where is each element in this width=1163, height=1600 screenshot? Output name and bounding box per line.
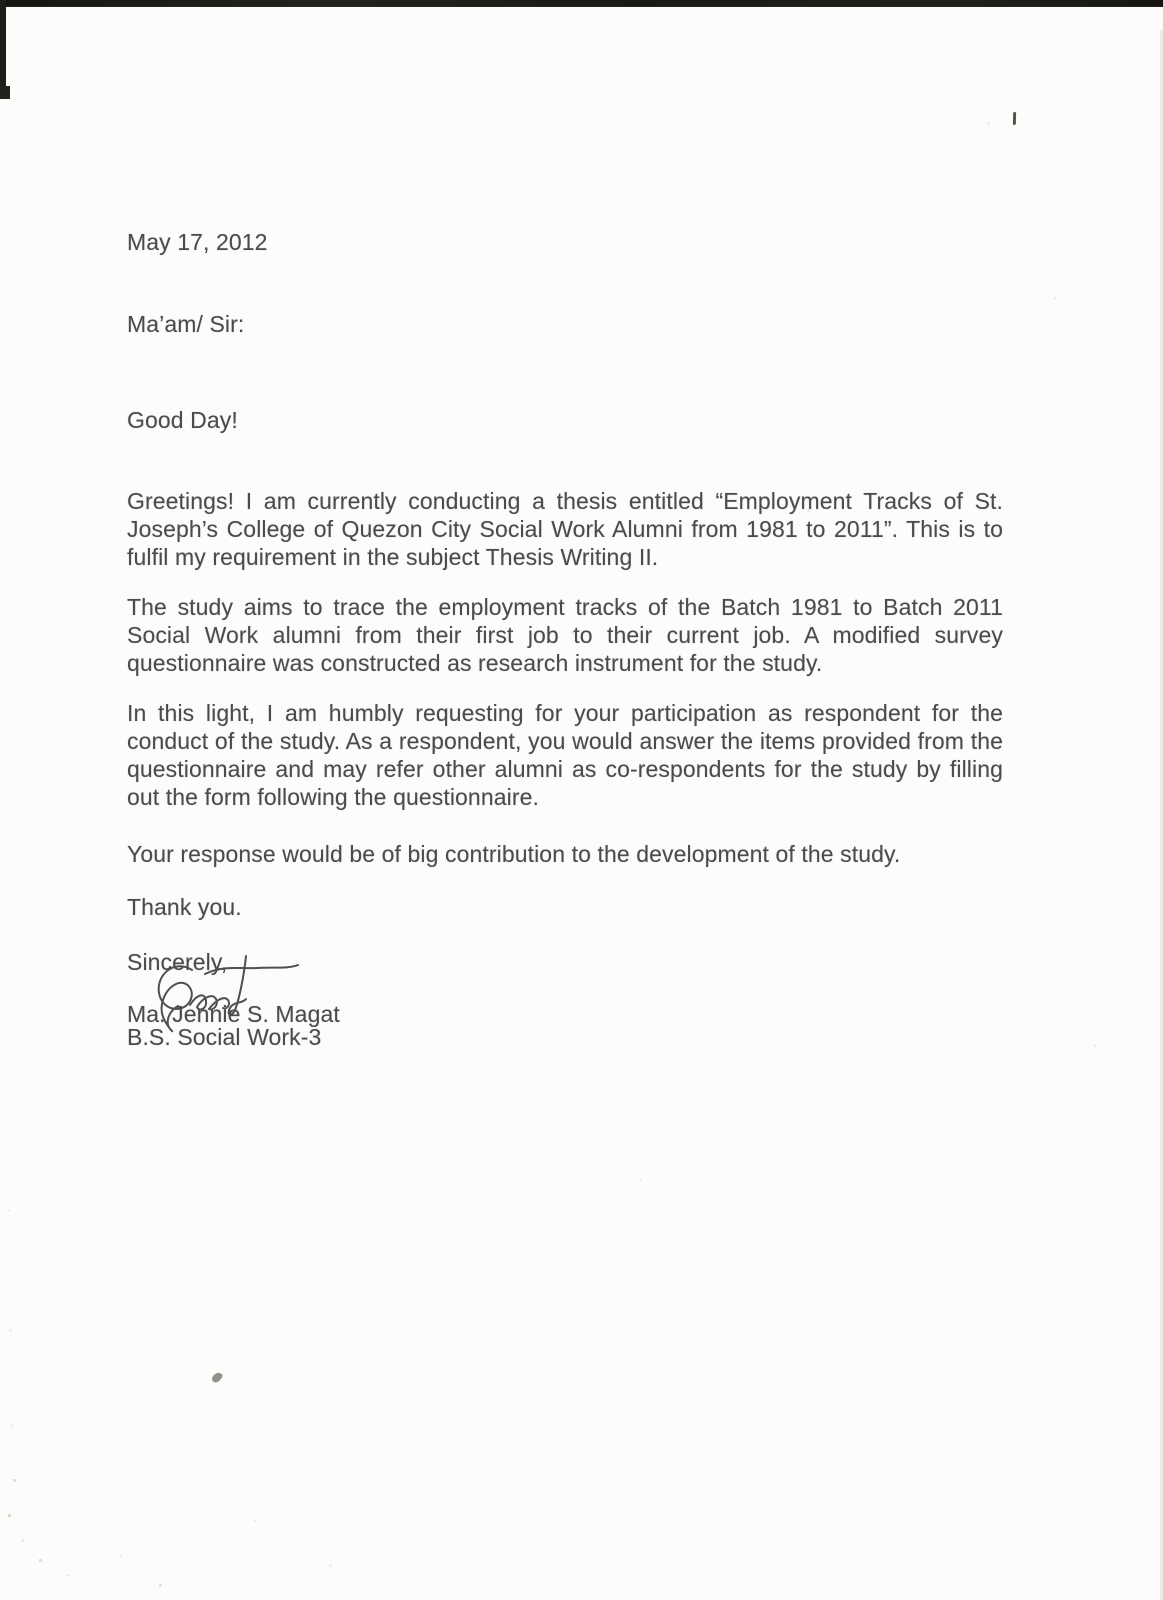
scan-edge-left <box>0 0 6 90</box>
letter-paragraph-4: Your response would be of big contributi… <box>127 840 1003 868</box>
scan-edge-top <box>0 0 1163 7</box>
letter-paragraph-3: In this light, I am humbly requesting fo… <box>127 699 1003 811</box>
letter-paragraph-2: The study aims to trace the employment t… <box>127 593 1003 677</box>
scan-speck <box>210 1371 223 1385</box>
letter-greeting: Good Day! <box>127 406 1003 434</box>
letter-paragraph-1: Greetings! I am currently conducting a t… <box>127 487 1003 571</box>
letter-date: May 17, 2012 <box>127 228 1003 256</box>
scanned-letter-page: May 17, 2012 Ma’am/ Sir: Good Day! Greet… <box>0 0 1163 1600</box>
letter-salutation: Ma’am/ Sir: <box>127 310 1003 338</box>
scan-artifact-mark <box>1013 112 1016 125</box>
signer-title: B.S. Social Work-3 <box>127 1023 1003 1051</box>
scan-noise-specks <box>0 0 1 1</box>
letter-thanks: Thank you. <box>127 893 1003 921</box>
scan-edge-left-nub <box>0 86 10 99</box>
